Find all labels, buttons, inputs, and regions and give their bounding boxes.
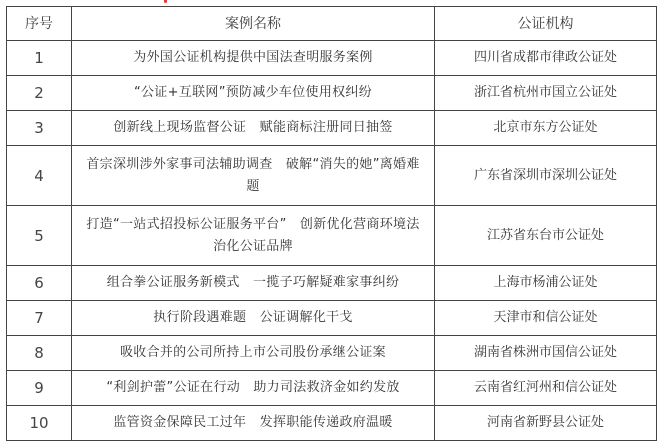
cell-case-name: 吸收合并的公司所持上市公司股份承继公证案 bbox=[72, 336, 435, 371]
notarization-cases-table: 序号 案例名称 公证机构 1 为外国公证机构提供中国法查明服务案例 四川省成都市… bbox=[6, 6, 657, 441]
cell-institution: 四川省成都市律政公证处 bbox=[435, 41, 657, 76]
table-row: 10 监管资金保障民工过年 发挥职能传递政府温暖 河南省新野县公证处 bbox=[7, 406, 657, 441]
table-row: 5 打造“一站式招投标公证服务平台” 创新优化营商环境法治化公证品牌 江苏省东台… bbox=[7, 206, 657, 266]
cell-index: 3 bbox=[7, 111, 72, 146]
cell-index: 6 bbox=[7, 266, 72, 301]
cell-index: 5 bbox=[7, 206, 72, 266]
cell-index: 7 bbox=[7, 301, 72, 336]
table-header-row: 序号 案例名称 公证机构 bbox=[7, 7, 657, 41]
cell-index: 1 bbox=[7, 41, 72, 76]
cell-institution: 云南省红河州和信公证处 bbox=[435, 371, 657, 406]
cell-case-name: “利剑护蕾”公证在行动 助力司法救济金如约发放 bbox=[72, 371, 435, 406]
header-case-name: 案例名称 bbox=[72, 7, 435, 41]
cell-case-name: 创新线上现场监督公证 赋能商标注册同日抽签 bbox=[72, 111, 435, 146]
table-row: 7 执行阶段遇难题 公证调解化干戈 天津市和信公证处 bbox=[7, 301, 657, 336]
cell-case-name: 执行阶段遇难题 公证调解化干戈 bbox=[72, 301, 435, 336]
table-row: 6 组合拳公证服务新模式 一揽子巧解疑难家事纠纷 上海市杨浦公证处 bbox=[7, 266, 657, 301]
table-row: 4 首宗深圳涉外家事司法辅助调查 破解“消失的她”离婚难题 广东省深圳市深圳公证… bbox=[7, 146, 657, 206]
cell-institution: 湖南省株洲市国信公证处 bbox=[435, 336, 657, 371]
cell-institution: 河南省新野县公证处 bbox=[435, 406, 657, 441]
cell-institution: 北京市东方公证处 bbox=[435, 111, 657, 146]
table-row: 1 为外国公证机构提供中国法查明服务案例 四川省成都市律政公证处 bbox=[7, 41, 657, 76]
cell-case-name: 为外国公证机构提供中国法查明服务案例 bbox=[72, 41, 435, 76]
cell-institution: 浙江省杭州市国立公证处 bbox=[435, 76, 657, 111]
header-index: 序号 bbox=[7, 7, 72, 41]
cell-index: 2 bbox=[7, 76, 72, 111]
cell-case-name: “公证+互联网”预防减少车位使用权纠纷 bbox=[72, 76, 435, 111]
cell-index: 9 bbox=[7, 371, 72, 406]
table-row: 9 “利剑护蕾”公证在行动 助力司法救济金如约发放 云南省红河州和信公证处 bbox=[7, 371, 657, 406]
header-institution: 公证机构 bbox=[435, 7, 657, 41]
red-marker-dot bbox=[164, 0, 167, 3]
cell-institution: 上海市杨浦公证处 bbox=[435, 266, 657, 301]
cell-index: 4 bbox=[7, 146, 72, 206]
cell-case-name: 监管资金保障民工过年 发挥职能传递政府温暖 bbox=[72, 406, 435, 441]
table-row: 2 “公证+互联网”预防减少车位使用权纠纷 浙江省杭州市国立公证处 bbox=[7, 76, 657, 111]
cell-case-name: 组合拳公证服务新模式 一揽子巧解疑难家事纠纷 bbox=[72, 266, 435, 301]
cell-institution: 广东省深圳市深圳公证处 bbox=[435, 146, 657, 206]
cell-index: 8 bbox=[7, 336, 72, 371]
table-row: 8 吸收合并的公司所持上市公司股份承继公证案 湖南省株洲市国信公证处 bbox=[7, 336, 657, 371]
cell-case-name: 打造“一站式招投标公证服务平台” 创新优化营商环境法治化公证品牌 bbox=[72, 206, 435, 266]
cell-institution: 江苏省东台市公证处 bbox=[435, 206, 657, 266]
cell-index: 10 bbox=[7, 406, 72, 441]
cell-institution: 天津市和信公证处 bbox=[435, 301, 657, 336]
cell-case-name: 首宗深圳涉外家事司法辅助调查 破解“消失的她”离婚难题 bbox=[72, 146, 435, 206]
table-row: 3 创新线上现场监督公证 赋能商标注册同日抽签 北京市东方公证处 bbox=[7, 111, 657, 146]
